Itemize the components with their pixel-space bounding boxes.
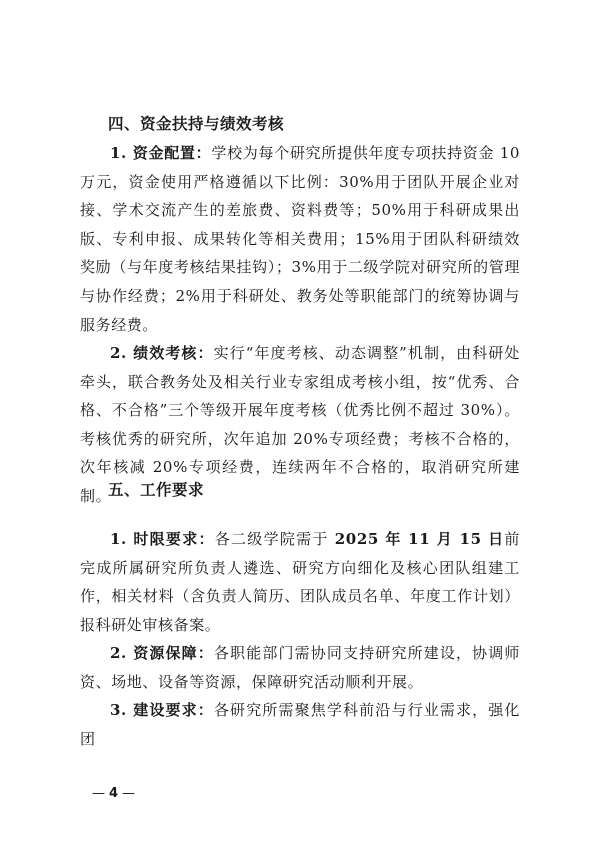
paragraph-resource-support: 2. 资源保障：各职能部门需协同支持研究所建设，协调师资、场地、设备等资源，保障… bbox=[80, 639, 520, 696]
footer-dash-left: — bbox=[92, 786, 105, 801]
item-label: 1. 时限要求： bbox=[110, 530, 215, 548]
item-text: 各二级学院需于 bbox=[215, 530, 335, 548]
page-number: 4 bbox=[109, 786, 118, 801]
deadline-date: 2025 年 11 月 15 日 bbox=[335, 530, 505, 548]
footer-dash-right: — bbox=[122, 786, 135, 801]
item-label: 2. 绩效考核： bbox=[110, 344, 214, 362]
item-text: 学校为每个研究所提供年度专项扶持资金 10 万元，资金使用严格遵循以下比例：30… bbox=[80, 144, 520, 334]
item-label: 1. 资金配置： bbox=[110, 144, 211, 162]
item-label: 3. 建设要求： bbox=[110, 701, 214, 719]
paragraph-deadline: 1. 时限要求：各二级学院需于 2025 年 11 月 15 日前完成所属研究所… bbox=[80, 525, 520, 639]
paragraph-fund-allocation: 1. 资金配置：学校为每个研究所提供年度专项扶持资金 10 万元，资金使用严格遵… bbox=[80, 139, 520, 339]
section-heading-funding: 四、资金扶持与绩效考核 bbox=[108, 112, 284, 134]
section-heading-requirements: 五、工作要求 bbox=[108, 478, 204, 500]
page-footer: —4— bbox=[92, 786, 135, 801]
item-label: 2. 资源保障： bbox=[110, 644, 214, 662]
paragraph-construction-requirements: 3. 建设要求：各研究所需聚焦学科前沿与行业需求，强化团 bbox=[80, 696, 520, 753]
